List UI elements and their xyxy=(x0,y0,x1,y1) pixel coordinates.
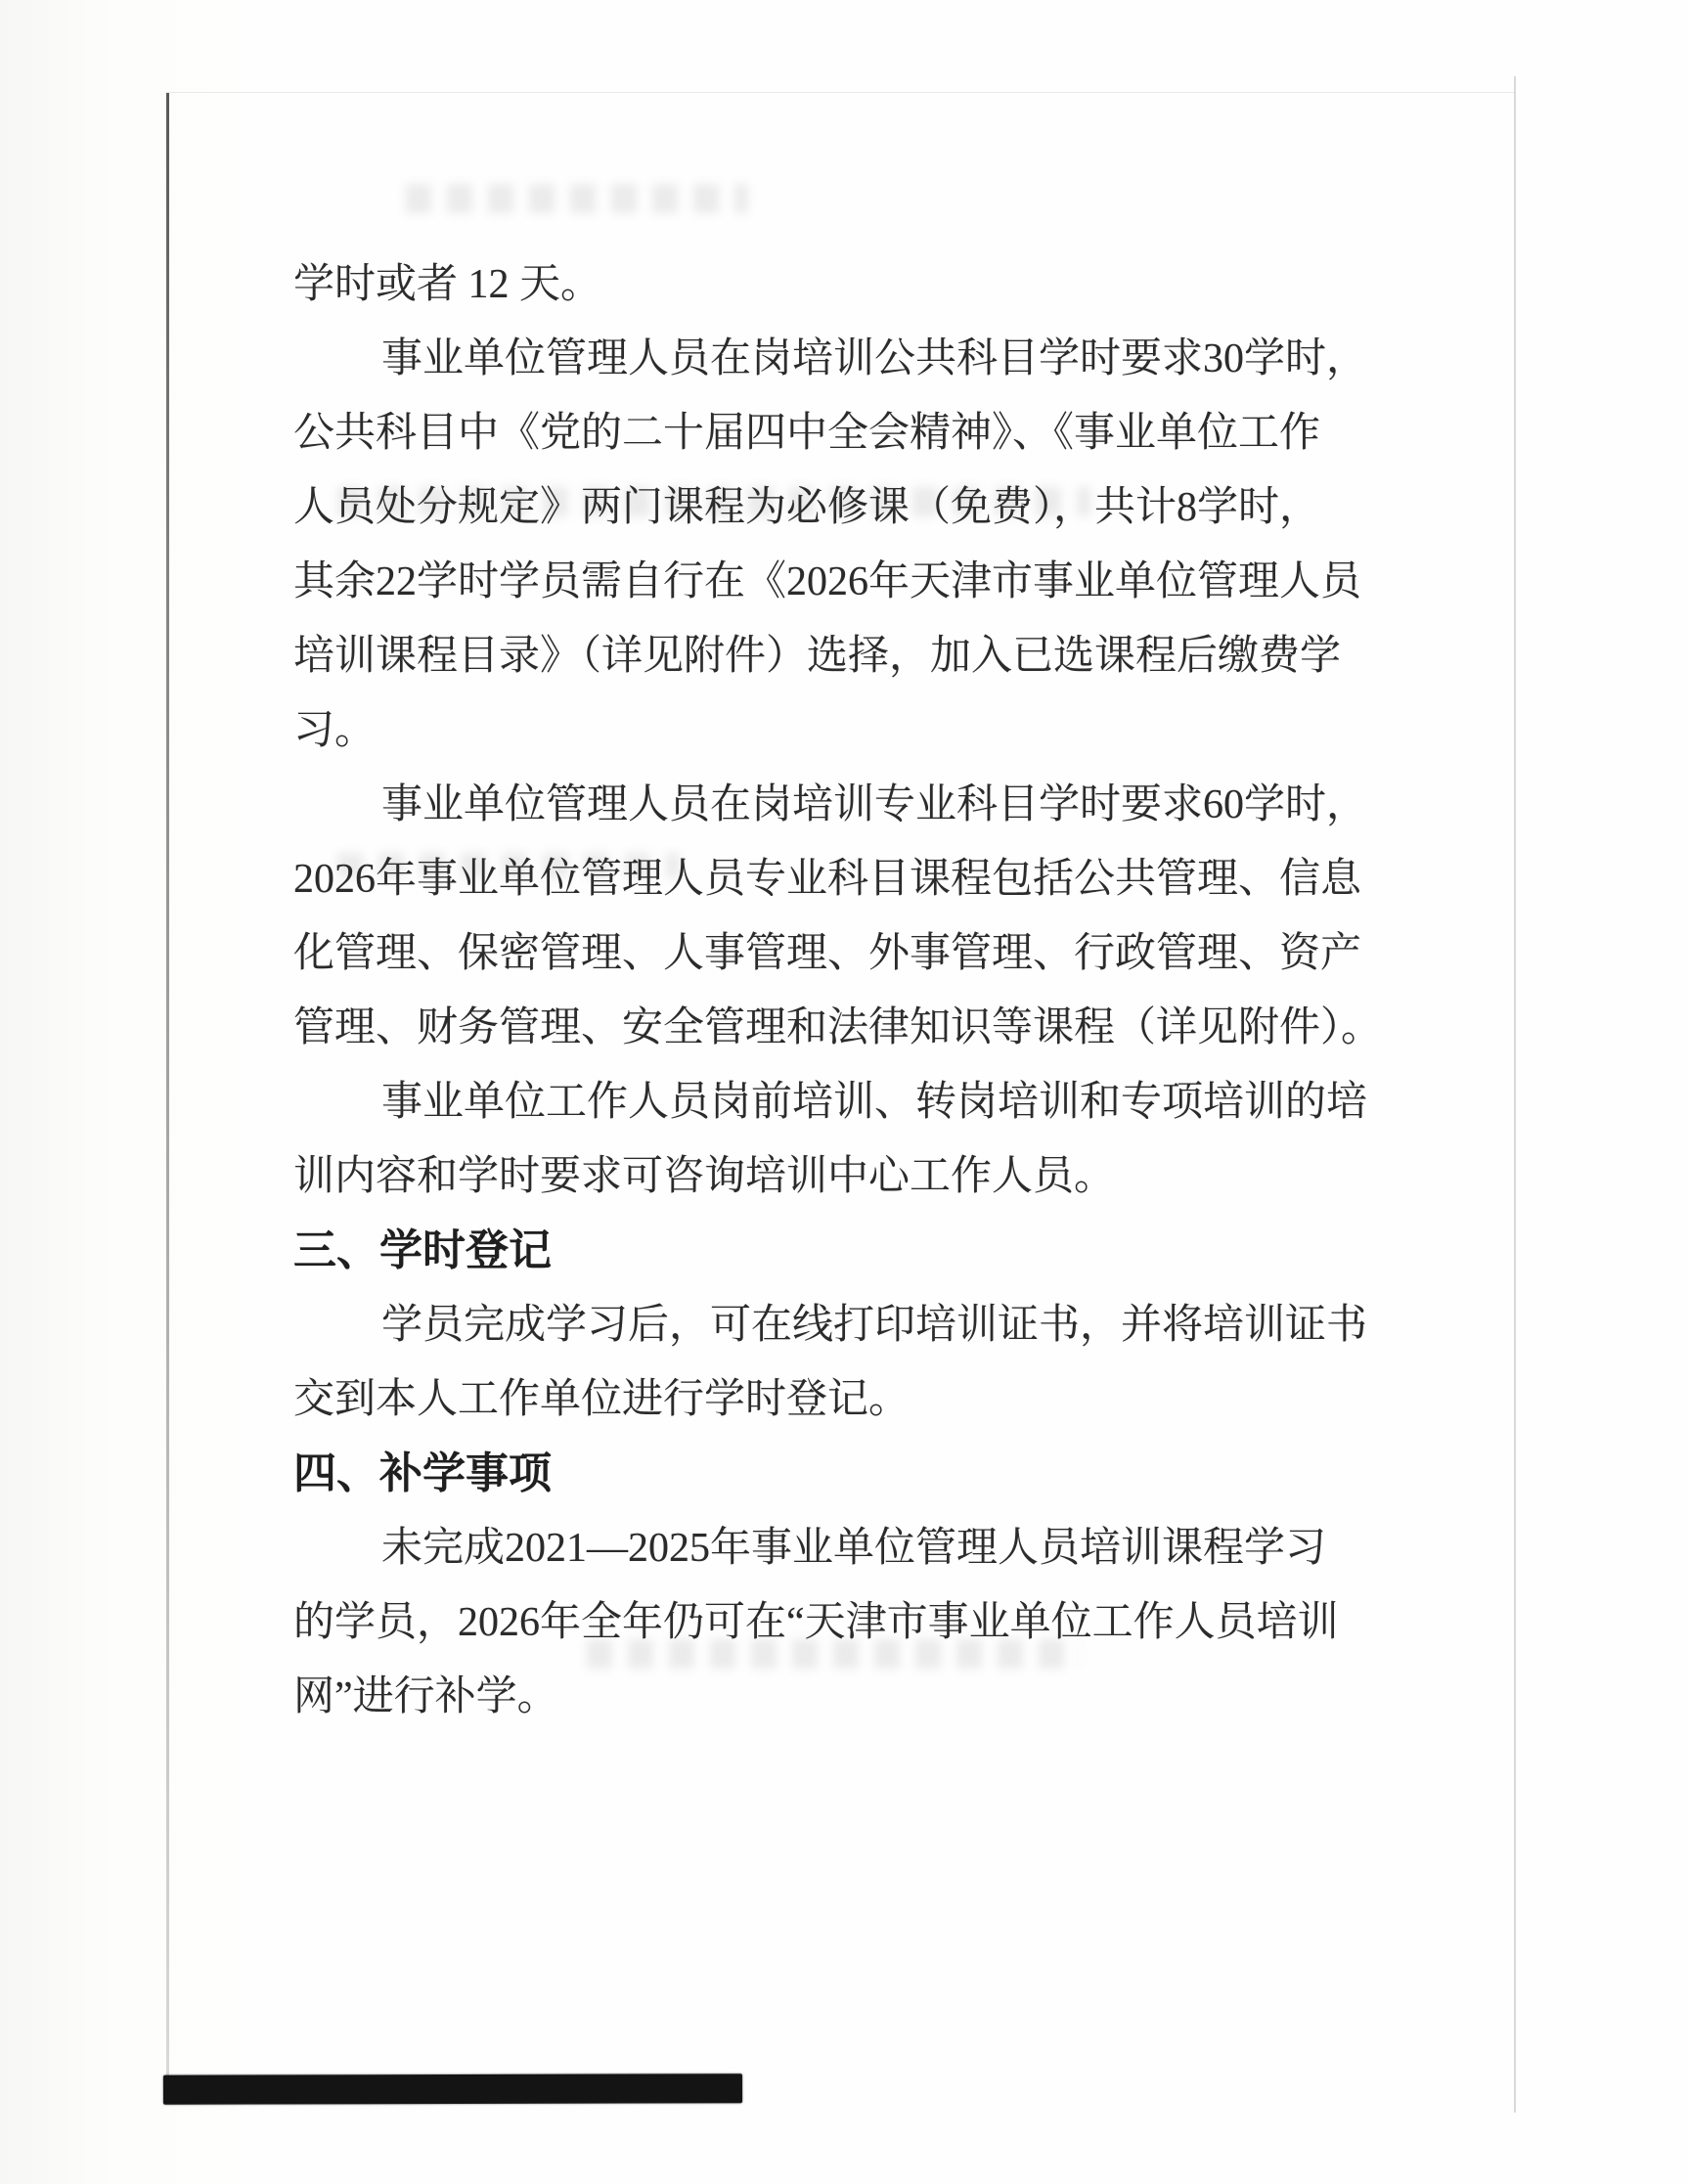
text-line: 管理、财务管理、安全管理和法律知识等课程（详见附件）。 xyxy=(293,991,1389,1065)
section-heading: 四、补学事项 xyxy=(293,1437,1389,1511)
section-heading: 三、学时登记 xyxy=(293,1214,1389,1288)
text-line: 化管理、保密管理、人事管理、外事管理、行政管理、资产 xyxy=(293,916,1389,991)
scanned-page: 学时或者 12 天。事业单位管理人员在岗培训公共科目学时要求30学时，公共科目中… xyxy=(0,0,1688,2184)
text-line: 网”进行补学。 xyxy=(293,1660,1389,1734)
scan-edge-right-line xyxy=(1514,76,1516,2113)
paragraph: 事业单位管理人员在岗培训专业科目学时要求60学时，2026年事业单位管理人员专业… xyxy=(293,768,1389,1065)
scan-edge-left-line xyxy=(166,93,169,2080)
text-line: 培训课程目录》（详见附件）选择，加入已选课程后缴费学 xyxy=(293,619,1389,693)
text-line: 事业单位管理人员在岗培训专业科目学时要求60学时， xyxy=(293,768,1389,842)
text-line: 其余22学时学员需自行在《2026年天津市事业单位管理人员 xyxy=(293,545,1389,619)
text-line: 学员完成学习后，可在线打印培训证书，并将培训证书 xyxy=(293,1288,1389,1362)
text-line: 未完成2021—2025年事业单位管理人员培训课程学习 xyxy=(293,1511,1389,1585)
paragraph: 未完成2021—2025年事业单位管理人员培训课程学习的学员，2026年全年仍可… xyxy=(293,1511,1389,1734)
text-line: 训内容和学时要求可咨询培训中心工作人员。 xyxy=(293,1139,1389,1214)
scan-edge-top-line xyxy=(166,92,1516,93)
text-line: 公共科目中《党的二十届四中全会精神》、《事业单位工作 xyxy=(293,396,1389,470)
text-line: 的学员，2026年全年仍可在“天津市事业单位工作人员培训 xyxy=(293,1585,1389,1660)
text-line: 习。 xyxy=(293,693,1389,768)
text-line: 事业单位管理人员在岗培训公共科目学时要求30学时， xyxy=(293,322,1389,396)
heading-line: 四、补学事项 xyxy=(293,1437,1389,1511)
paragraph: 学时或者 12 天。 xyxy=(293,247,1389,322)
paragraph: 事业单位工作人员岗前培训、转岗培训和专项培训的培训内容和学时要求可咨询培训中心工… xyxy=(293,1065,1389,1214)
text-line: 交到本人工作单位进行学时登记。 xyxy=(293,1362,1389,1437)
text-line: 2026年事业单位管理人员专业科目课程包括公共管理、信息 xyxy=(293,842,1389,916)
text-line: 事业单位工作人员岗前培训、转岗培训和专项培训的培 xyxy=(293,1065,1389,1139)
paragraph: 事业单位管理人员在岗培训公共科目学时要求30学时，公共科目中《党的二十届四中全会… xyxy=(293,322,1389,768)
text-line: 人员处分规定》两门课程为必修课（免费），共计8学时， xyxy=(293,470,1389,545)
heading-line: 三、学时登记 xyxy=(293,1214,1389,1288)
paragraph: 学员完成学习后，可在线打印培训证书，并将培训证书交到本人工作单位进行学时登记。 xyxy=(293,1288,1389,1437)
text-line: 学时或者 12 天。 xyxy=(293,247,1389,322)
ink-bleed-artifact xyxy=(406,184,748,213)
scanner-edge-black-bar xyxy=(163,2073,742,2105)
document-text: 学时或者 12 天。事业单位管理人员在岗培训公共科目学时要求30学时，公共科目中… xyxy=(293,247,1389,1734)
